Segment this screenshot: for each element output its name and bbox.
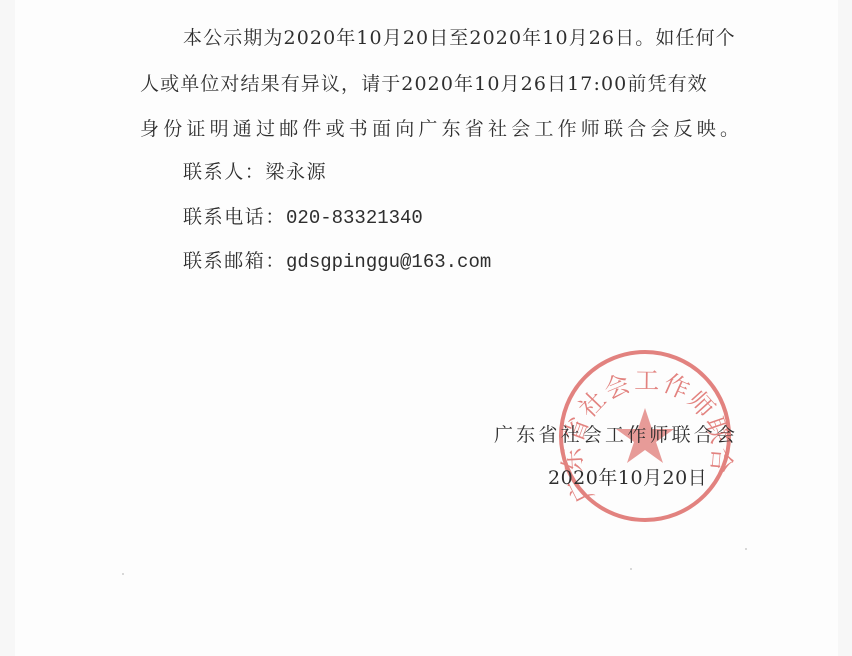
signature-date: 2020年10月20日: [548, 463, 707, 490]
signature-organization: 广东省社会工作师联合会: [494, 420, 738, 447]
contact-email-value[interactable]: gdsgpinggu@163.com: [286, 251, 491, 273]
contact-person-label: 联系人：: [183, 161, 265, 183]
contact-phone: 联系电话：020-83321340: [183, 202, 423, 229]
contact-person: 联系人：梁永源: [183, 157, 327, 184]
contact-email: 联系邮箱：gdsgpinggu@163.com: [183, 246, 491, 273]
contact-person-value: 梁永源: [265, 161, 327, 183]
notice-paragraph-line-2: 人或单位对结果有异议，请于2020年10月26日17:00前凭有效: [140, 69, 708, 96]
contact-phone-value: 020-83321340: [286, 207, 423, 229]
contact-email-label: 联系邮箱：: [183, 250, 286, 272]
document-page: [15, 0, 838, 656]
notice-paragraph-line-3: 身份证明通过邮件或书面向广东省社会工作师联合会反映。: [140, 114, 743, 141]
notice-paragraph-line-1: 本公示期为2020年10月20日至2020年10月26日。如任何个: [183, 23, 736, 50]
contact-phone-label: 联系电话：: [183, 206, 286, 228]
